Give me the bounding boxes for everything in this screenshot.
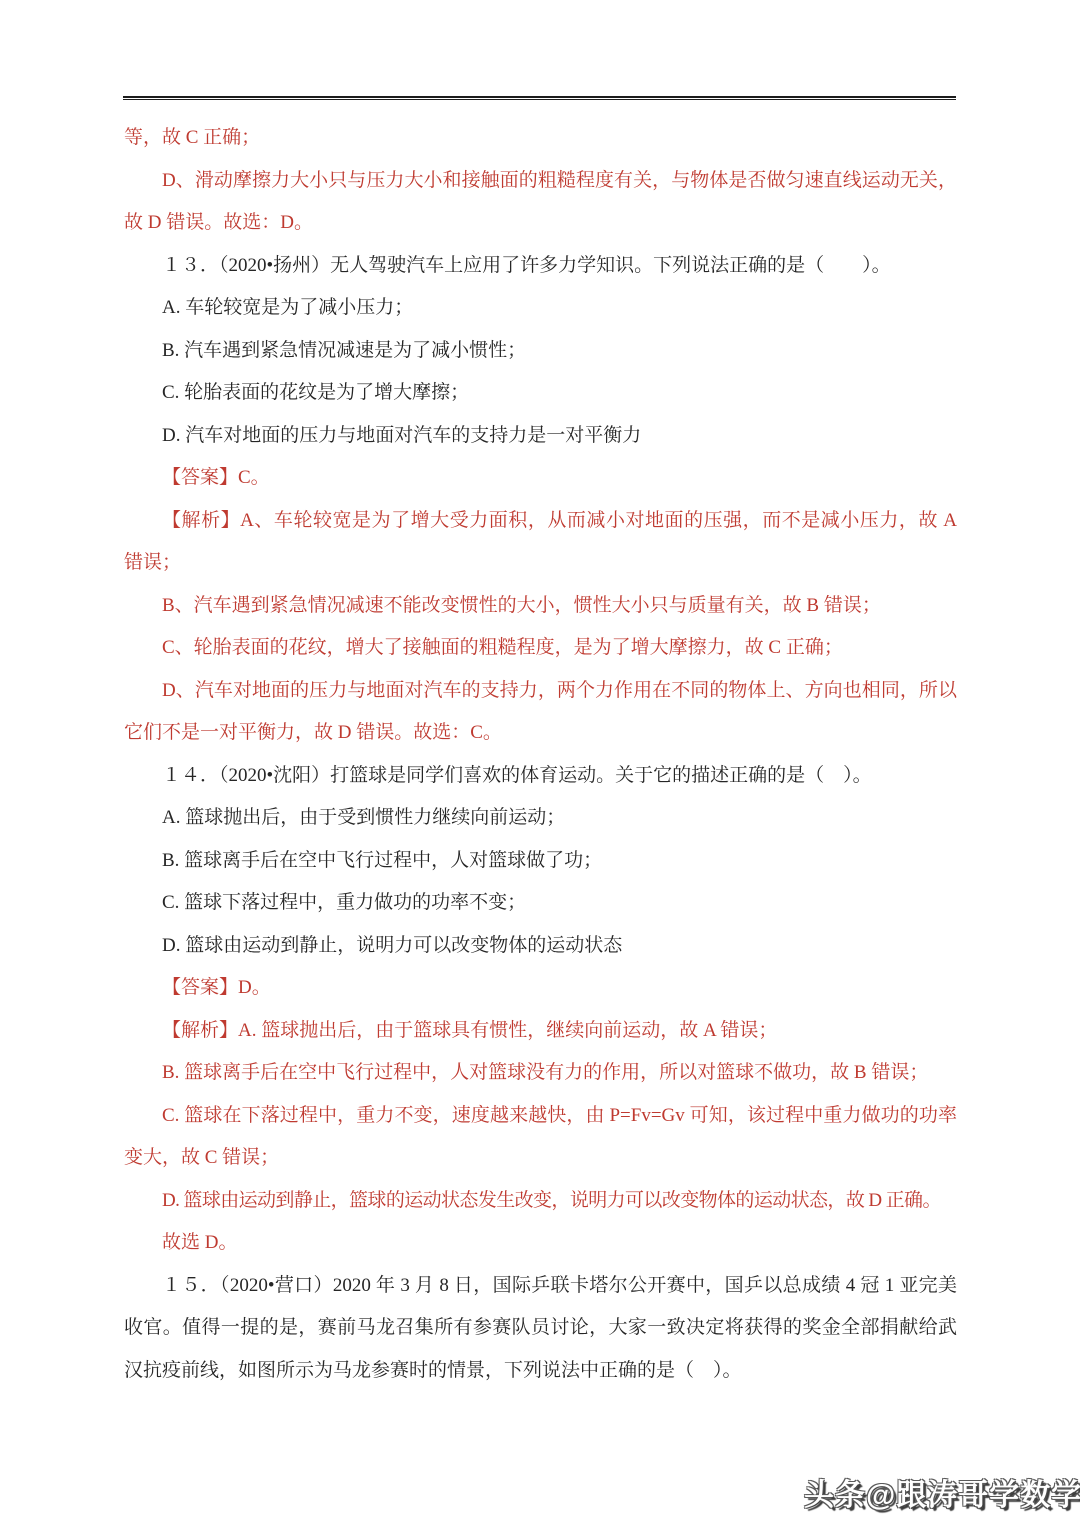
question-13-option-d: D. 汽车对地面的压力与地面对汽车的支持力是一对平衡力 [124,415,957,458]
question-14-analysis-a: 【解析】A. 篮球抛出后，由于篮球具有惯性，继续向前运动，故 A 错误； [124,1010,957,1053]
header-rule [123,96,956,100]
question-13-analysis-a: 【解析】A、车轮较宽是为了增大受力面积，从而减小对地面的压强，而不是减小压力，故… [124,500,957,585]
question-13-answer: 【答案】C。 [124,457,957,500]
question-13-option-c: C. 轮胎表面的花纹是为了增大摩擦； [124,372,957,415]
question-14-conclusion: 故选 D。 [124,1222,957,1265]
question-14-analysis-d: D. 篮球由运动到静止，篮球的运动状态发生改变，说明力可以改变物体的运动状态，故… [124,1180,957,1223]
document-body: 等，故 C 正确； D、滑动摩擦力大小只与压力大小和接触面的粗糙程度有关，与物体… [124,117,957,1392]
question-13-stem: １３．（2020•扬州）无人驾驶汽车上应用了许多力学知识。下列说法正确的是（ ）… [124,245,957,288]
question-13-analysis-d: D、汽车对地面的压力与地面对汽车的支持力，两个力作用在不同的物体上、方向也相同，… [124,670,957,755]
question-14-option-a: A. 篮球抛出后，由于受到惯性力继续向前运动； [124,797,957,840]
question-14-answer: 【答案】D。 [124,967,957,1010]
question-14-option-b: B. 篮球离手后在空中飞行过程中，人对篮球做了功； [124,840,957,883]
question-14-option-d: D. 篮球由运动到静止，说明力可以改变物体的运动状态 [124,925,957,968]
question-13-analysis-b: B、汽车遇到紧急情况减速不能改变惯性的大小，惯性大小只与质量有关，故 B 错误； [124,585,957,628]
question-13-option-a: A. 车轮较宽是为了减小压力； [124,287,957,330]
solution-12-option-d: D、滑动摩擦力大小只与压力大小和接触面的粗糙程度有关，与物体是否做匀速直线运动无… [124,160,957,245]
question-13-analysis-c: C、轮胎表面的花纹，增大了接触面的粗糙程度，是为了增大摩擦力，故 C 正确； [124,627,957,670]
watermark-toutiao: 头条@跟涛哥学数学 [804,1470,1080,1514]
question-14-analysis-b: B. 篮球离手后在空中飞行过程中，人对篮球没有力的作用，所以对篮球不做功，故 B… [124,1052,957,1095]
question-14-option-c: C. 篮球下落过程中，重力做功的功率不变； [124,882,957,925]
question-14-stem: １４．（2020•沈阳）打篮球是同学们喜欢的体育运动。关于它的描述正确的是（ ）… [124,755,957,798]
question-14-analysis-c: C. 篮球在下落过程中，重力不变，速度越来越快，由 P=Fv=Gv 可知，该过程… [124,1095,957,1180]
solution-12-tail-line: 等，故 C 正确； [124,117,957,160]
question-15-stem: １５．（2020•营口）2020 年 3 月 8 日，国际乒联卡塔尔公开赛中，国… [124,1265,957,1393]
question-13-option-b: B. 汽车遇到紧急情况减速是为了减小惯性； [124,330,957,373]
